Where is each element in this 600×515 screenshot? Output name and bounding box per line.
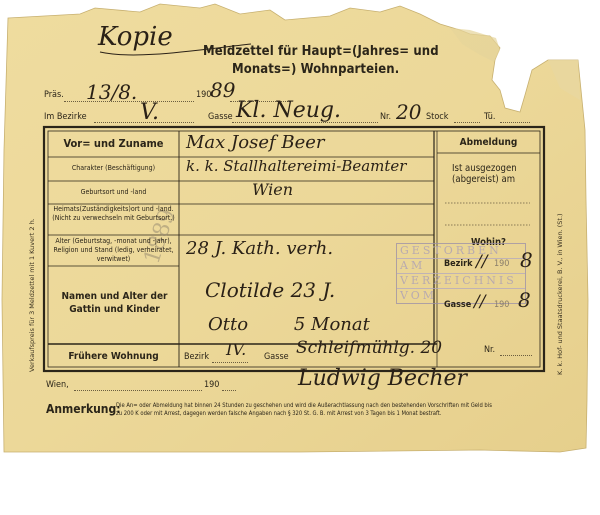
stock-label: Stock xyxy=(426,112,448,122)
abmeldung-gasse-year: 190 xyxy=(494,300,509,310)
bezirk-value: V. xyxy=(140,100,159,125)
prev-nr-label: Nr. xyxy=(484,345,495,355)
abmeldung-bezirk-value: 8 xyxy=(520,248,533,272)
bezirk-label: Im Bezirke xyxy=(44,112,87,122)
right-margin-printer-note: K. k. Hof- und Staatsdruckerei, B. V., i… xyxy=(556,213,564,375)
stamp-line-1: GESTORBEN xyxy=(397,244,525,259)
wien-label: Wien, xyxy=(46,380,69,390)
label-vor-und-zuname: Vor= und Zuname xyxy=(48,137,179,150)
praes-label: Präs. xyxy=(44,90,64,100)
value-charakter: k. k. Stallhaltereimi-Beamter xyxy=(186,157,406,175)
value-name: Max Josef Beer xyxy=(186,132,325,153)
value-gattin: Clotilde 23 J. xyxy=(205,278,335,302)
form-title-line2: Monats=) Wohnparteien. xyxy=(232,62,399,77)
nr-value: 20 xyxy=(396,100,421,124)
label-alter-religion-stand: Alter (Geburtstag, -monat und -jahr), Re… xyxy=(50,237,177,264)
abmeldung-header: Abmeldung xyxy=(437,137,540,148)
tuer-label: Tü. xyxy=(484,112,495,122)
anmerkung-text-line2: zu 200 K oder mit Arrest, dagegen werden… xyxy=(116,410,441,418)
abmeldung-bezirk-year: 190 xyxy=(494,259,509,269)
prev-bezirk-label: Bezirk xyxy=(184,352,209,362)
abmeldung-gasse-value: 8 xyxy=(518,288,531,312)
value-alter-religion-stand: 28 J. Kath. verh. xyxy=(186,238,333,259)
prev-gasse-label: Gasse xyxy=(264,352,289,362)
abmeldung-bezirk-label: Bezirk xyxy=(444,259,473,269)
abmeldung-moved-out-label: Ist ausgezogen (abgereist) am xyxy=(452,163,538,185)
prev-bezirk-value: IV. xyxy=(226,340,246,359)
praes-value: 13/8. xyxy=(86,80,137,104)
form-title-line1: Meldzettel für Haupt=(Jahres= und xyxy=(203,44,439,59)
abmeldung-gasse-mark: // xyxy=(474,292,485,312)
label-fruehere-wohnung: Frühere Wohnung xyxy=(48,350,179,363)
value-kinder: Otto 5 Monat xyxy=(208,314,370,335)
value-geburtsort: Wien xyxy=(252,180,293,199)
stamp-line-3: VERZEICHNIS xyxy=(397,274,525,289)
label-charakter: Charakter (Beschäftigung) xyxy=(48,164,179,173)
signature: Ludwig Becher xyxy=(298,366,467,391)
meldzettel-document: 1889 Kopie Meldzettel für Haupt=(Jahres=… xyxy=(0,0,600,455)
gestorben-stamp: GESTORBEN AM VERZEICHNIS VOM xyxy=(396,243,526,304)
label-gattin-kinder: Namen und Alter der Gattin und Kinder xyxy=(52,290,177,316)
gasse-value: Kl. Neug. xyxy=(236,98,341,123)
anmerkung-text-line1: Die An= oder Abmeldung hat binnen 24 Stu… xyxy=(116,402,492,410)
label-geburtsort: Geburtsort und -land xyxy=(48,188,179,197)
label-heimatsort: Heimats(Zuständigkeits)ort und -land. (N… xyxy=(50,205,177,223)
wien-year-prefix: 190 xyxy=(204,380,219,390)
prev-gasse-value: Schleifmühlg. 20 xyxy=(296,338,442,358)
anmerkung-label: Anmerkung: xyxy=(46,402,121,416)
year-value: 89 xyxy=(210,78,235,102)
gasse-label: Gasse xyxy=(208,112,233,122)
abmeldung-bezirk-mark: // xyxy=(476,252,487,272)
abmeldung-gasse-label: Gasse xyxy=(444,300,471,310)
nr-label: Nr. xyxy=(380,112,391,122)
left-margin-price-note: Verkaufspreis für 3 Meldzettel mit 1 Kuv… xyxy=(28,218,36,372)
